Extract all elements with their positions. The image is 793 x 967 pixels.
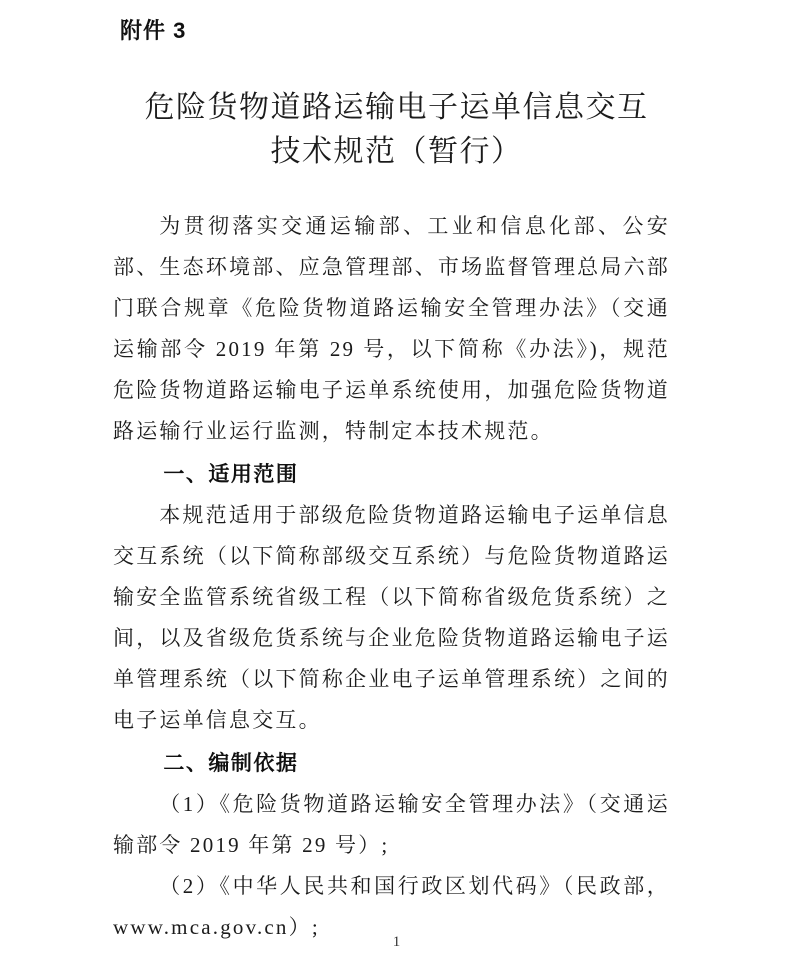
section-heading-basis: 二、编制依据	[113, 743, 670, 784]
document-body: 为贯彻落实交通运输部、工业和信息化部、公安部、生态环境部、应急管理部、市场监督管…	[113, 206, 670, 948]
intro-paragraph: 为贯彻落实交通运输部、工业和信息化部、公安部、生态环境部、应急管理部、市场监督管…	[113, 206, 670, 452]
document-title-line2: 技术规范（暂行）	[0, 130, 793, 174]
document-title-line1: 危险货物道路运输电子运单信息交互	[0, 86, 793, 130]
attachment-label: 附件 3	[120, 14, 186, 45]
section-scope-paragraph: 本规范适用于部级危险货物道路运输电子运单信息交互系统（以下简称部级交互系统）与危…	[113, 495, 670, 741]
basis-item-1: （1）《危险货物道路运输安全管理办法》（交通运输部令 2019 年第 29 号）…	[113, 784, 670, 866]
page-number: 1	[0, 934, 793, 951]
document-title: 危险货物道路运输电子运单信息交互 技术规范（暂行）	[0, 86, 793, 174]
section-heading-scope: 一、适用范围	[113, 454, 670, 495]
document-page: 附件 3 危险货物道路运输电子运单信息交互 技术规范（暂行） 为贯彻落实交通运输…	[0, 0, 793, 967]
